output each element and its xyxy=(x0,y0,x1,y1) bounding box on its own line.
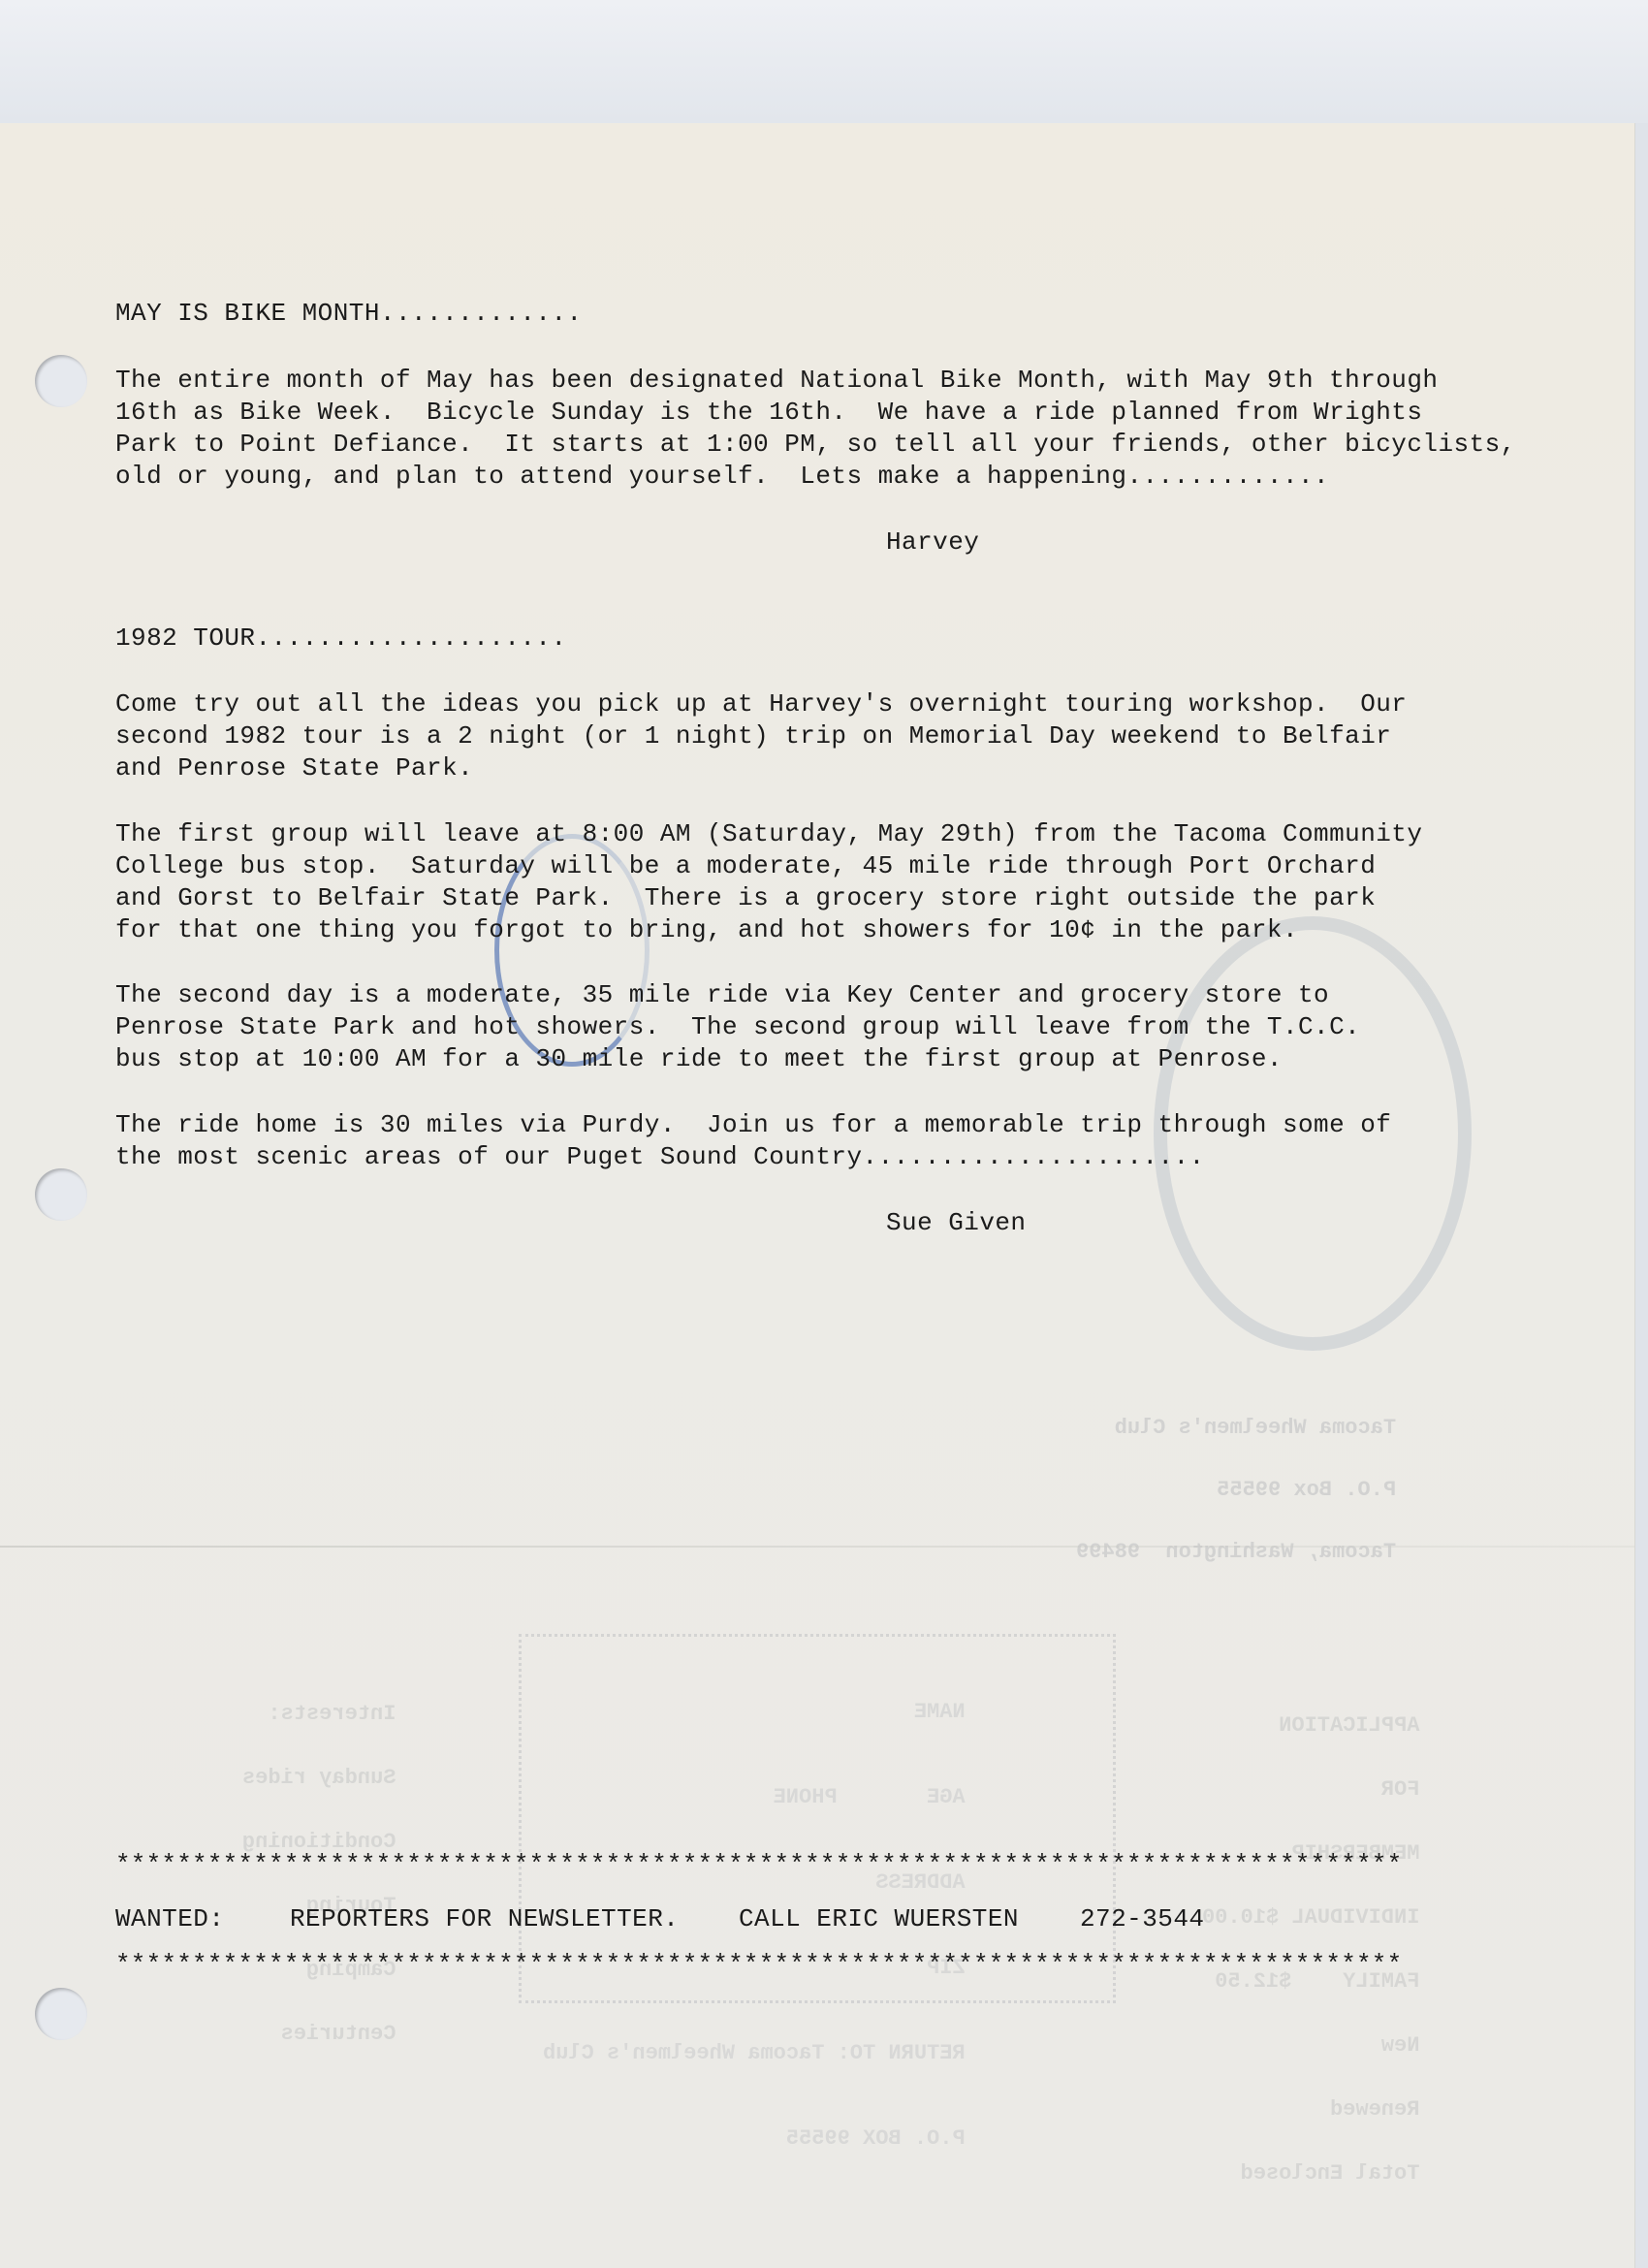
text-line: Penrose State Park and hot showers. The … xyxy=(115,1011,1360,1043)
text-line: The ride home is 30 miles via Purdy. Joi… xyxy=(115,1109,1391,1141)
text-line: 16th as Bike Week. Bicycle Sunday is the… xyxy=(115,397,1422,429)
banner-phone: 272-3544 xyxy=(1080,1903,1204,1935)
banner-border-bottom: ****************************************… xyxy=(115,1949,1402,1981)
return-address-bleed-through: Tacoma Wheelmen's Club P.O. Box 99555 Ta… xyxy=(1076,1382,1396,1599)
text-line: and Gorst to Belfair State Park. There i… xyxy=(115,882,1376,914)
text-line: The second day is a moderate, 35 mile ri… xyxy=(115,979,1329,1011)
text-line: old or young, and plan to attend yoursel… xyxy=(115,461,1329,493)
text-line: bus stop at 10:00 AM for a 30 mile ride … xyxy=(115,1043,1283,1075)
text-line: College bus stop. Saturday will be a mod… xyxy=(115,850,1376,882)
signature-harvey: Harvey xyxy=(886,527,979,559)
text-line: The first group will leave at 8:00 AM (S… xyxy=(115,818,1422,850)
binder-hole-bottom xyxy=(35,1988,87,2040)
text-line: Park to Point Defiance. It starts at 1:0… xyxy=(115,429,1516,461)
text-line: for that one thing you forgot to bring, … xyxy=(115,914,1298,946)
paper-fold-line xyxy=(0,1546,1634,1548)
text-line: second 1982 tour is a 2 night (or 1 nigh… xyxy=(115,720,1391,752)
scanner-edge xyxy=(1634,123,1648,2268)
banner-border-top: ****************************************… xyxy=(115,1849,1402,1881)
binder-hole-top xyxy=(35,355,87,407)
section-heading-bike-month: MAY IS BIKE MONTH............. xyxy=(115,298,583,330)
text-line: the most scenic areas of our Puget Sound… xyxy=(115,1141,1205,1173)
text-line: Come try out all the ideas you pick up a… xyxy=(115,688,1407,720)
banner-label: WANTED: xyxy=(115,1903,224,1935)
banner-message: REPORTERS FOR NEWSLETTER. xyxy=(290,1903,679,1935)
binder-hole-middle xyxy=(35,1168,87,1221)
section-heading-1982-tour: 1982 TOUR.................... xyxy=(115,623,567,655)
text-line: and Penrose State Park. xyxy=(115,752,473,784)
signature-sue-given: Sue Given xyxy=(886,1207,1026,1239)
scanner-background xyxy=(0,0,1648,123)
banner-contact: CALL ERIC WUERSTEN xyxy=(739,1903,1019,1935)
text-line: The entire month of May has been designa… xyxy=(115,365,1438,397)
